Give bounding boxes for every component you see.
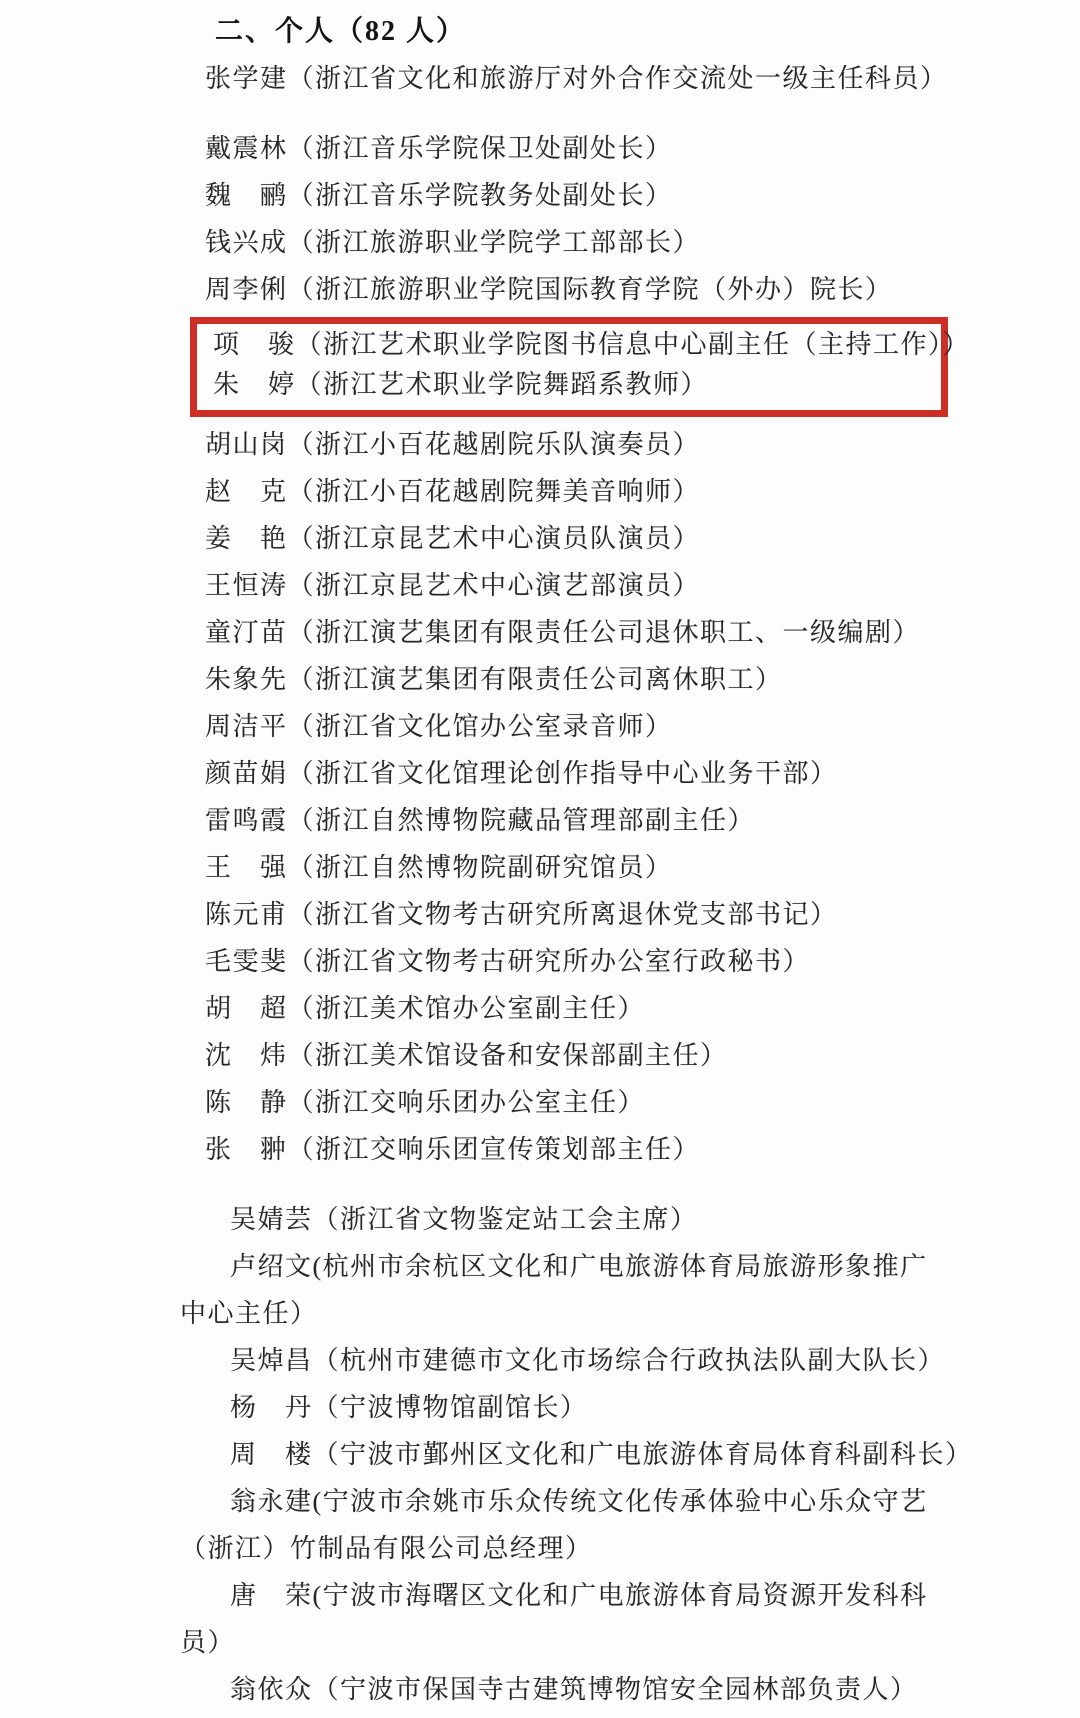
entry-line: 赵 克（浙江小百花越剧院舞美音响师） <box>205 468 1080 515</box>
highlighted-entry-line: 项 骏（浙江艺术职业学院图书信息中心副主任（主持工作）） <box>213 325 941 365</box>
section-heading: 二、个人（82 人） <box>215 8 1080 55</box>
entries-list-city: 吴婧芸（浙江省文物鉴定站工会主席）卢绍文(杭州市余杭区文化和广电旅游体育局旅游形… <box>0 1196 1080 1713</box>
entry-line: 员） <box>180 1619 1080 1666</box>
entry-line: 雷鸣霞（浙江自然博物院藏品管理部副主任） <box>205 797 1080 844</box>
entry-line: 朱象先（浙江演艺集团有限责任公司离休职工） <box>205 656 1080 703</box>
entry-line: 张 翀（浙江交响乐团宣传策划部主任） <box>205 1126 1080 1173</box>
entry-line: 陈 静（浙江交响乐团办公室主任） <box>205 1079 1080 1126</box>
entry-line: 卢绍文(杭州市余杭区文化和广电旅游体育局旅游形象推广 <box>230 1243 1080 1290</box>
entry-line: 王 强（浙江自然博物院副研究馆员） <box>205 844 1080 891</box>
entry-line: 沈 炜（浙江美术馆设备和安保部副主任） <box>205 1032 1080 1079</box>
entry-line: 陈元甫（浙江省文物考古研究所离退休党支部书记） <box>205 891 1080 938</box>
highlighted-entry-line: 朱 婷（浙江艺术职业学院舞蹈系教师） <box>213 365 941 405</box>
entry-line: 张学建（浙江省文化和旅游厅对外合作交流处一级主任科员） <box>205 55 1080 102</box>
entry-line: 魏 鹂（浙江音乐学院教务处副处长） <box>205 172 1080 219</box>
entry-line: 翁依众（宁波市保国寺古建筑博物馆安全园林部负责人） <box>230 1666 1080 1713</box>
entry-line: 童汀苗（浙江演艺集团有限责任公司退休职工、一级编剧） <box>205 609 1080 656</box>
entry-line: 翁永建(宁波市余姚市乐众传统文化传承体验中心乐众守艺 <box>230 1478 1080 1525</box>
entry-line: 周 楼（宁波市鄞州区文化和广电旅游体育局体育科副科长） <box>230 1431 1080 1478</box>
entry-line: 胡山岗（浙江小百花越剧院乐队演奏员） <box>205 421 1080 468</box>
entry-line: 唐 荣(宁波市海曙区文化和广电旅游体育局资源开发科科 <box>230 1572 1080 1619</box>
entry-line: 杨 丹（宁波博物馆副馆长） <box>230 1384 1080 1431</box>
scanned-document-page: 二、个人（82 人） 张学建（浙江省文化和旅游厅对外合作交流处一级主任科员）戴震… <box>0 0 1080 1718</box>
entry-line: 吴婧芸（浙江省文物鉴定站工会主席） <box>230 1196 1080 1243</box>
entry-line: 钱兴成（浙江旅游职业学院学工部部长） <box>205 219 1080 266</box>
entry-line: 毛雯斐（浙江省文物考古研究所办公室行政秘书） <box>205 938 1080 985</box>
entry-line: 周李俐（浙江旅游职业学院国际教育学院（外办）院长） <box>205 266 1080 313</box>
entry-line: 胡 超（浙江美术馆办公室副主任） <box>205 985 1080 1032</box>
entry-line: 王恒涛（浙江京昆艺术中心演艺部演员） <box>205 562 1080 609</box>
entry-line: 颜苗娟（浙江省文化馆理论创作指导中心业务干部） <box>205 750 1080 797</box>
entries-list-middle: 胡山岗（浙江小百花越剧院乐队演奏员）赵 克（浙江小百花越剧院舞美音响师）姜 艳（… <box>0 421 1080 1173</box>
entry-line: 中心主任） <box>180 1290 1080 1337</box>
entry-line: 戴震林（浙江音乐学院保卫处副处长） <box>205 125 1080 172</box>
entry-line: 周洁平（浙江省文化馆办公室录音师） <box>205 703 1080 750</box>
entry-line: 姜 艳（浙江京昆艺术中心演员队演员） <box>205 515 1080 562</box>
entries-list-top: 张学建（浙江省文化和旅游厅对外合作交流处一级主任科员）戴震林（浙江音乐学院保卫处… <box>0 55 1080 313</box>
highlight-box: 项 骏（浙江艺术职业学院图书信息中心副主任（主持工作））朱 婷（浙江艺术职业学院… <box>190 317 948 417</box>
entry-line: （浙江）竹制品有限公司总经理） <box>180 1525 1080 1572</box>
entry-line: 吴焯昌（杭州市建德市文化市场综合行政执法队副大队长） <box>230 1337 1080 1384</box>
